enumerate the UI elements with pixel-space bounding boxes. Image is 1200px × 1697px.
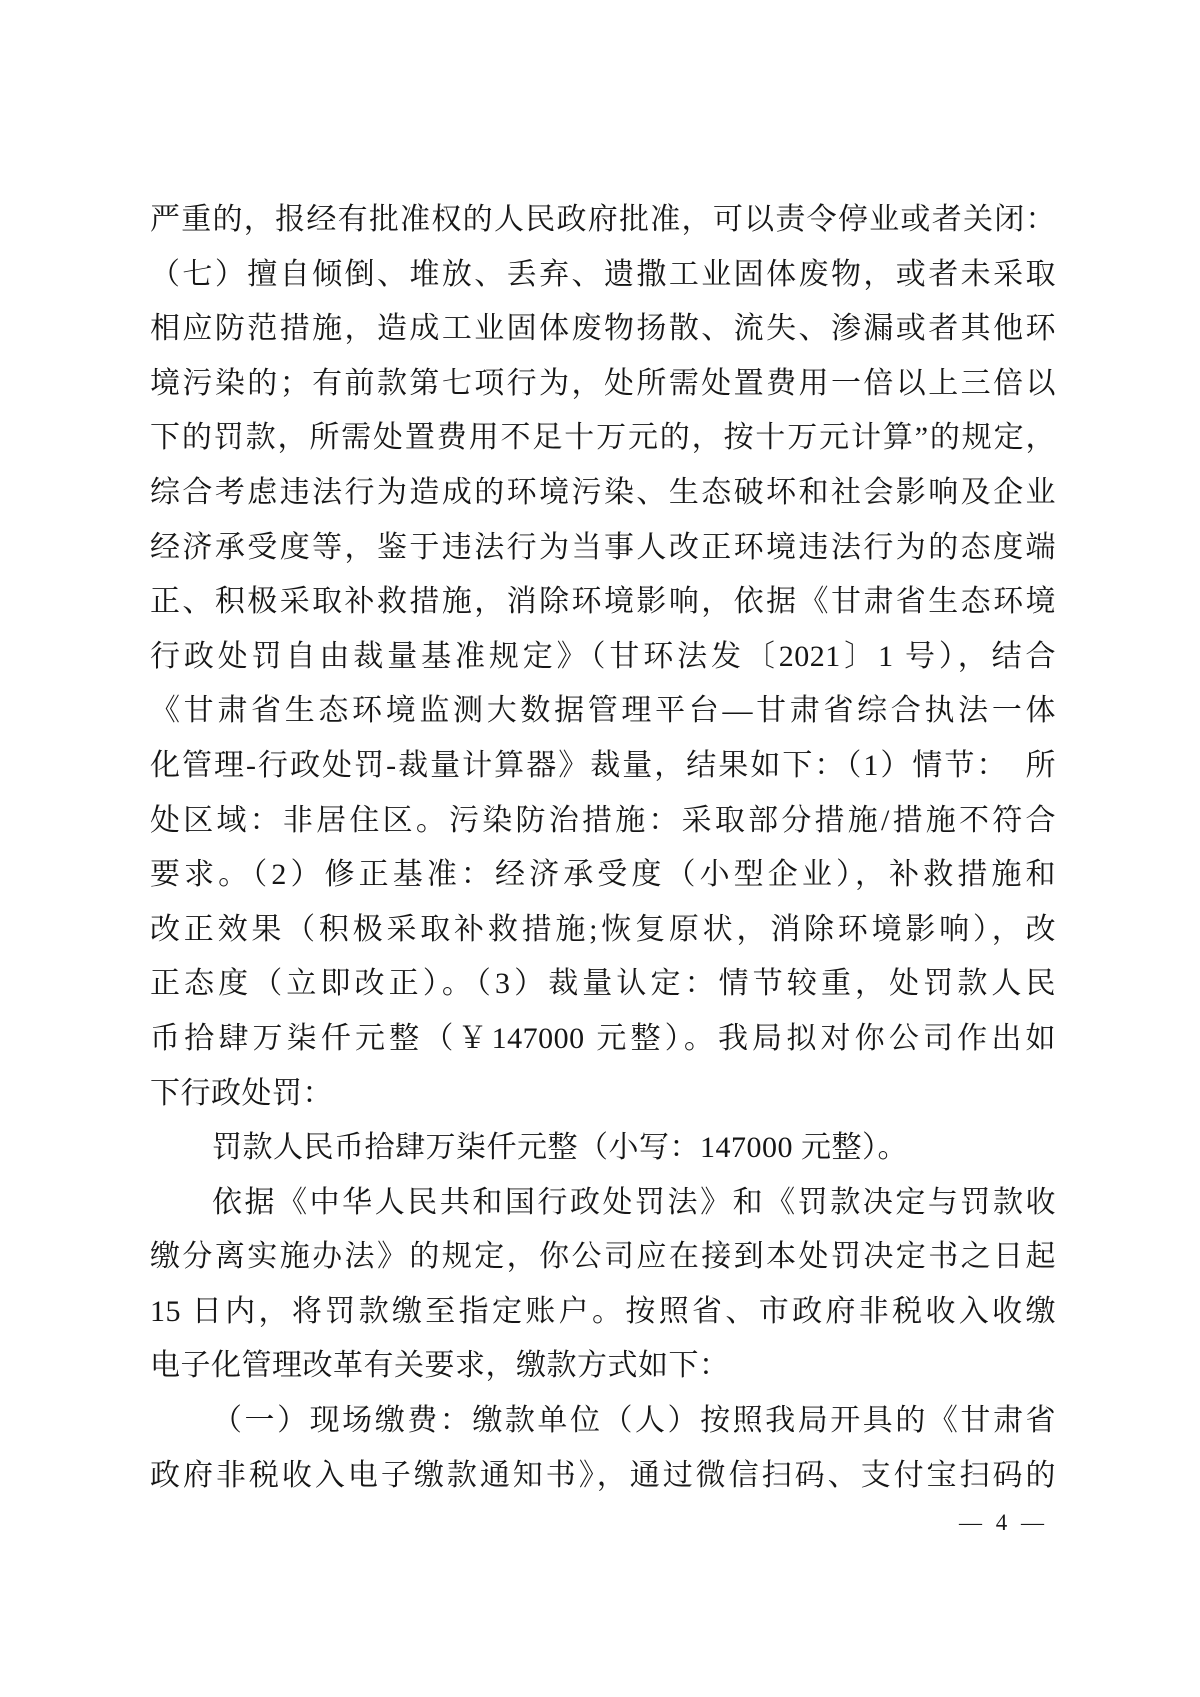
text-line: 相应防范措施，造成工业固体废物扬散、流失、渗漏或者其他环 [150, 302, 1056, 357]
text-line: 化管理-行政处罚-裁量计算器》裁量，结果如下：（1）情节： 所 [150, 739, 1056, 794]
text-line: 境污染的；有前款第七项行为，处所需处置费用一倍以上三倍以 [150, 357, 1056, 412]
text-line: 电子化管理改革有关要求，缴款方式如下： [150, 1339, 1056, 1394]
text-line: 行政处罚自由裁量基准规定》（甘环法发〔2021〕1 号），结合 [150, 630, 1056, 685]
text-line: 综合考虑违法行为造成的环境污染、生态破坏和社会影响及企业 [150, 466, 1056, 521]
text-line: 经济承受度等，鉴于违法行为当事人改正环境违法行为的态度端 [150, 521, 1056, 576]
text-line: 要求。（2）修正基准：经济承受度（小型企业），补救措施和 [150, 848, 1056, 903]
page-number: — 4 — [959, 1508, 1048, 1538]
text-line: 下的罚款，所需处置费用不足十万元的，按十万元计算”的规定， [150, 411, 1056, 466]
text-line: 下行政处罚： [150, 1067, 1056, 1122]
text-line: 依据《中华人民共和国行政处罚法》和《罚款决定与罚款收 [150, 1176, 1056, 1231]
text-line: 15 日内，将罚款缴至指定账户。按照省、市政府非税收入收缴 [150, 1285, 1056, 1340]
text-line: 正、积极采取补救措施，消除环境影响，依据《甘肃省生态环境 [150, 575, 1056, 630]
text-line: 改正效果（积极采取补救措施;恢复原状，消除环境影响），改 [150, 903, 1056, 958]
text-line: 政府非税收入电子缴款通知书》，通过微信扫码、支付宝扫码的 [150, 1449, 1056, 1504]
text-line: （七）擅自倾倒、堆放、丢弃、遗撒工业固体废物，或者未采取 [150, 248, 1056, 303]
text-line: 严重的，报经有批准权的人民政府批准，可以责令停业或者关闭： [150, 193, 1056, 248]
text-line: （一）现场缴费：缴款单位（人）按照我局开具的《甘肃省 [150, 1394, 1056, 1449]
text-line: 《甘肃省生态环境监测大数据管理平台—甘肃省综合执法一体 [150, 684, 1056, 739]
text-line: 缴分离实施办法》的规定，你公司应在接到本处罚决定书之日起 [150, 1230, 1056, 1285]
text-line-penalty-amount: 罚款人民币拾肆万柒仟元整（小写：147000 元整）。 [150, 1121, 1056, 1176]
text-line: 币拾肆万柒仟元整（￥147000 元整）。我局拟对你公司作出如 [150, 1012, 1056, 1067]
document-body: 严重的，报经有批准权的人民政府批准，可以责令停业或者关闭： （七）擅自倾倒、堆放… [150, 193, 1056, 1503]
text-line: 处区域：非居住区。污染防治措施：采取部分措施/措施不符合 [150, 794, 1056, 849]
document-page: 严重的，报经有批准权的人民政府批准，可以责令停业或者关闭： （七）擅自倾倒、堆放… [0, 0, 1200, 1697]
text-line: 正态度（立即改正）。（3）裁量认定：情节较重，处罚款人民 [150, 957, 1056, 1012]
